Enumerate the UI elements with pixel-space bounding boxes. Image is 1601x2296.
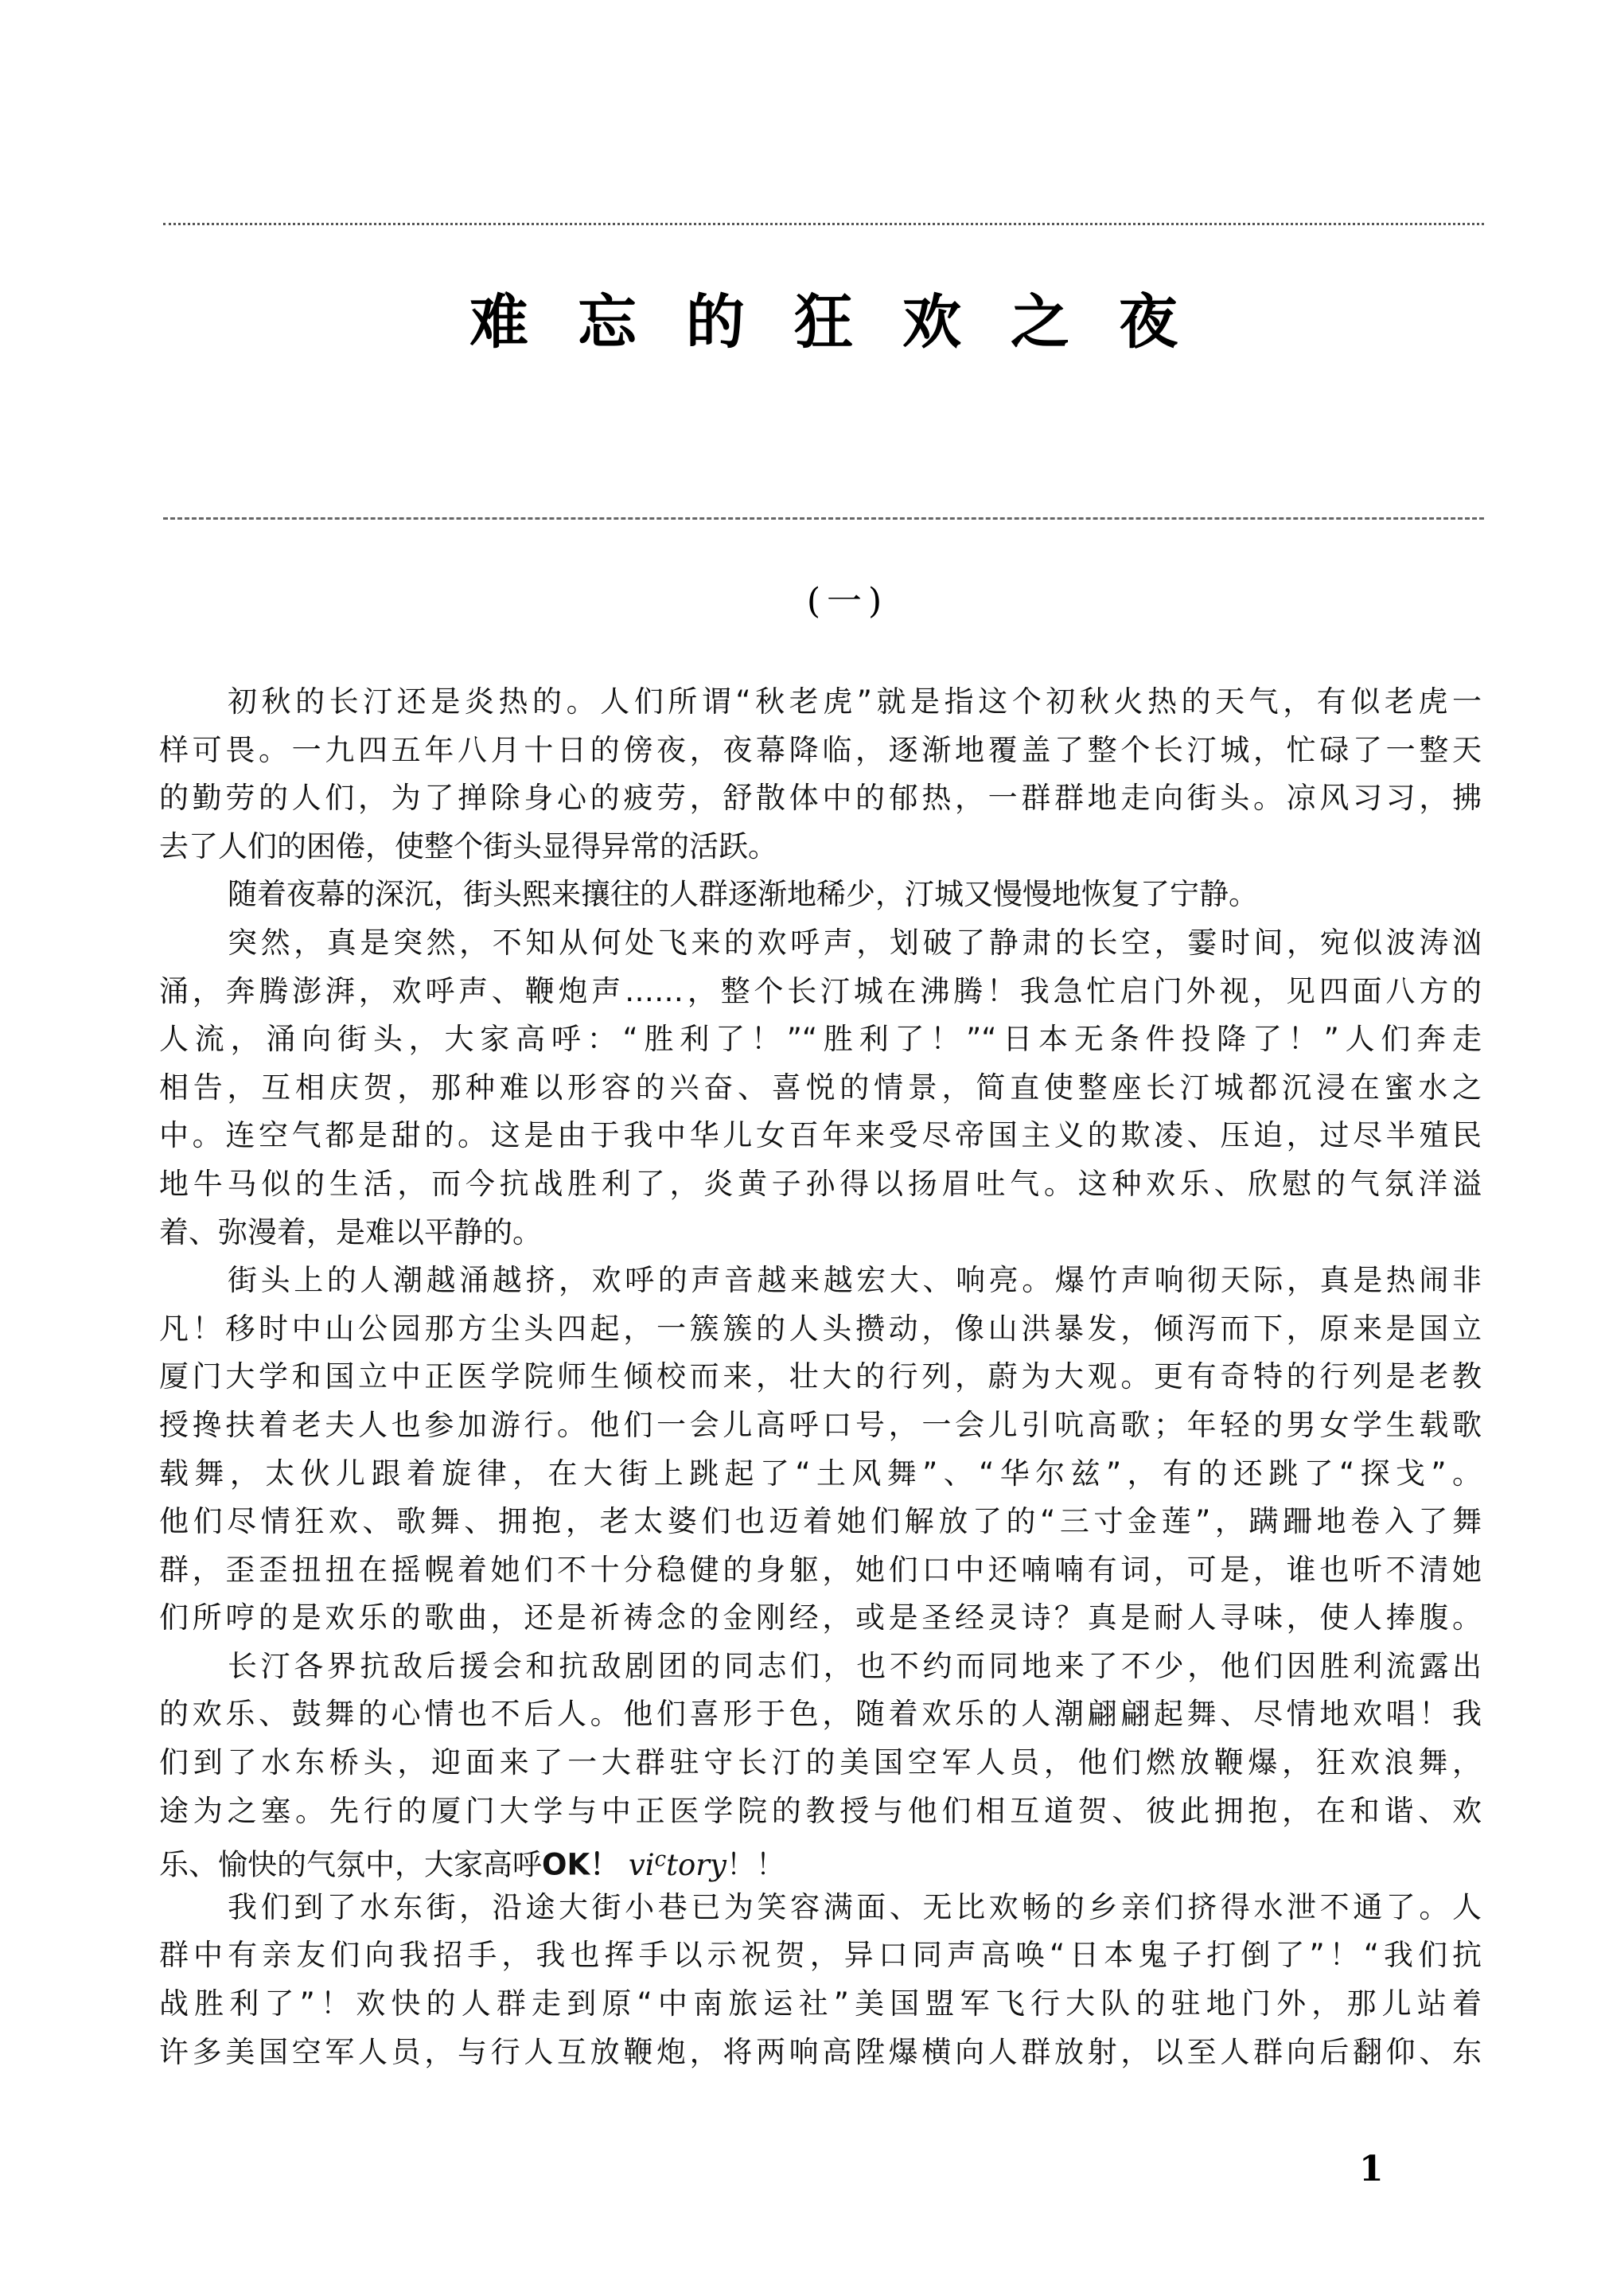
victory-part: tory: [666, 1848, 726, 1882]
article-body: 初秋的长汀还是炎热的。人们所谓“秋老虎”就是指这个初秋火热的天气，有似老虎一 样…: [159, 678, 1482, 2076]
text-line: 我们到了水东街，沿途大街小巷已为笑容满面、无比欢畅的乡亲们挤得水泄不通了。人: [159, 1884, 1482, 1932]
text-line: 授搀扶着老夫人也参加游行。他们一会儿高呼口号，一会儿引吭高歌；年轻的男女学生载歌: [159, 1401, 1482, 1450]
text-line: 长汀各界抗敌后援会和抗敌剧团的同志们，也不约而同地来了不少，他们因胜利流露出: [159, 1643, 1482, 1691]
text-line: 群中有亲友们向我招手，我也挥手以示祝贺，异口同声高唤“日本鬼子打倒了”！“我们抗: [159, 1932, 1482, 1980]
text-line: 们所哼的是欢乐的歌曲，还是祈祷念的金刚经，或是圣经灵诗？真是耐人寻味，使人捧腹。: [159, 1594, 1482, 1643]
text-line: 群，歪歪扭扭在摇幌着她们不十分稳健的身躯，她们口中还喃喃有词，可是，谁也听不清她: [159, 1546, 1482, 1595]
text-line: 途为之塞。先行的厦门大学与中正医学院的教授与他们相互道贺、彼此拥抱，在和谐、欢: [159, 1787, 1482, 1836]
text-line: 涌，奔腾澎湃，欢呼声、鞭炮声……，整个长汀城在沸腾！我急忙启门外视，见四面八方的: [159, 968, 1482, 1016]
page-title: 难忘的狂欢之夜: [163, 287, 1484, 358]
text-line: 地牛马似的生活，而今抗战胜利了，炎黄子孙得以扬眉吐气。这种欢乐、欣慰的气氛洋溢: [159, 1160, 1482, 1209]
text-line: 载舞，太伙儿跟着旋律，在大街上跳起了“土风舞”、“华尔兹”，有的还跳了“探戈”。: [159, 1450, 1482, 1499]
text-line: 突然，真是突然，不知从何处飞来的欢呼声，划破了静肃的长空，霎时间，宛似波涛汹: [159, 919, 1482, 968]
text-line: 他们尽情狂欢、歌舞、拥抱，老太婆们也迈着她们解放了的“三寸金莲”，蹒跚地卷入了舞: [159, 1498, 1482, 1546]
text-line: 人流，涌向街头，大家高呼：“胜利了！”“胜利了！”“日本无条件投降了！”人们奔走: [159, 1015, 1482, 1064]
text-line: 凡！移时中山公园那方尘头四起，一簇簇的人头攒动，像山洪暴发，倾泻而下，原来是国立: [159, 1305, 1482, 1354]
ok-exclamation: OK！: [542, 1848, 619, 1882]
text-line: 中。连空气都是甜的。这是由于我中华儿女百年来受尽帝国主义的欺凌、压迫，过尽半殖民: [159, 1112, 1482, 1160]
text-line: 的欢乐、鼓舞的心情也不后人。他们喜形于色，随着欢乐的人潮翩翩起舞、尽情地欢唱！我: [159, 1690, 1482, 1739]
text-fragment: 乐、愉快的气氛中，大家高呼: [159, 1848, 542, 1882]
text-line: 的勤劳的人们，为了掸除身心的疲劳，舒散体中的郁热，一群群地走向街头。凉风习习，拂: [159, 774, 1482, 823]
text-line: 许多美国空军人员，与行人互放鞭炮，将两响高陞爆横向人群放射，以至人群向后翻仰、东: [159, 2029, 1482, 2077]
victory-part: vi: [629, 1848, 655, 1882]
text-line: 乐、愉快的气氛中，大家高呼OK！ victory！！: [159, 1835, 1482, 1884]
top-divider-rule: [163, 223, 1484, 225]
exclamations: ！！: [726, 1848, 785, 1882]
text-line: 去了人们的困倦，使整个街头显得异常的活跃。: [159, 823, 1482, 871]
section-heading: (一): [163, 578, 1532, 626]
text-line: 随着夜幕的深沉，街头熙来攘往的人群逐渐地稀少，汀城又慢慢地恢复了宁静。: [159, 871, 1482, 919]
text-line: 战胜利了”！欢快的人群走到原“中南旅运社”美国盟军飞行大队的驻地门外，那儿站着: [159, 1980, 1482, 2029]
text-line: 着、弥漫着，是难以平静的。: [159, 1209, 1482, 1257]
text-line: 厦门大学和国立中正医学院师生倾校而来，壮大的行列，蔚为大观。更有奇特的行列是老教: [159, 1353, 1482, 1401]
victory-word: victory: [629, 1848, 726, 1882]
text-line: 相告，互相庆贺，那种难以形容的兴奋、喜悦的情景，简直使整座长汀城都沉浸在蜜水之: [159, 1064, 1482, 1113]
text-line: 样可畏。一九四五年八月十日的傍夜，夜幕降临，逐渐地覆盖了整个长汀城，忙碌了一整天: [159, 727, 1482, 775]
page-number: 1: [1359, 2149, 1384, 2189]
text-line: 们到了水东桥头，迎面来了一大群驻守长汀的美国空军人员，他们燃放鞭爆，狂欢浪舞，: [159, 1739, 1482, 1787]
text-line: 初秋的长汀还是炎热的。人们所谓“秋老虎”就是指这个初秋火热的天气，有似老虎一: [159, 678, 1482, 727]
bottom-divider-rule: [163, 517, 1484, 520]
text-line: 街头上的人潮越涌越挤，欢呼的声音越来越宏大、响亮。爆竹声响彻天际，真是热闹非: [159, 1257, 1482, 1305]
victory-superscript-c: c: [655, 1847, 667, 1871]
